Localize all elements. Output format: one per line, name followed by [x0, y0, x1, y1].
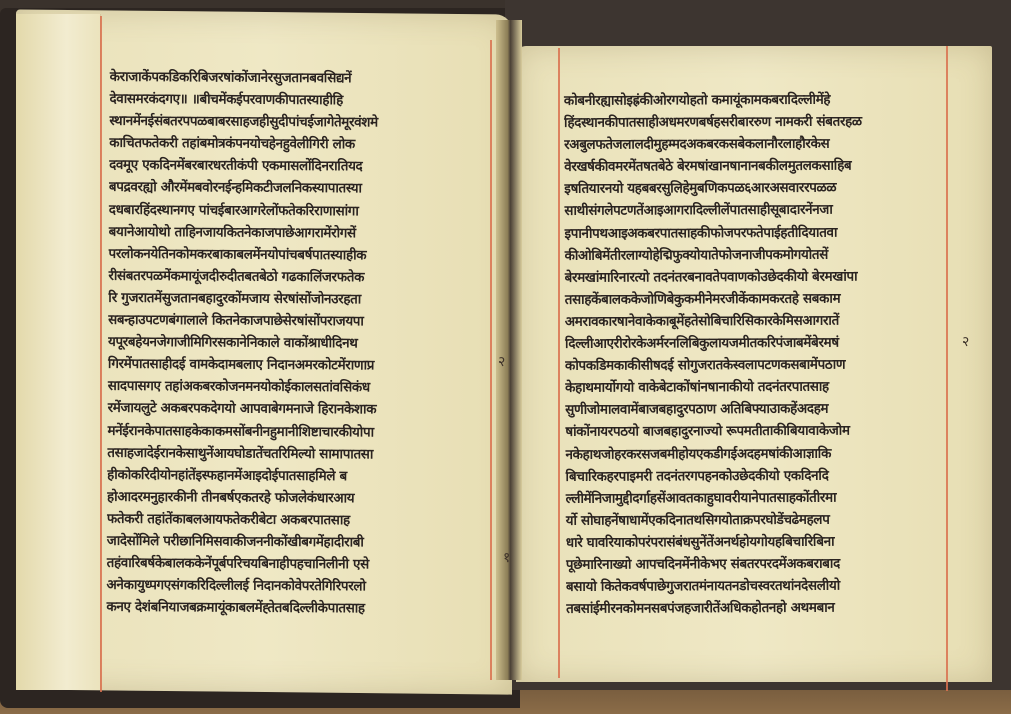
manuscript-line: साथीसंगलेपटणतेंआइआगरादिल्लीलेंपातसाहीसूब…	[564, 200, 942, 224]
manuscript-line: तसाहकेंबालककेजोणिबेकुकमीनेमरजीकेंकामकरतह…	[565, 288, 943, 312]
manuscript-line: तसाहजादेईरानकेसाथुनेंआयघोडातेंचतरिमिल्यो…	[107, 442, 487, 466]
manuscript-line: तबसांईमीरनकोमनसबपंजहजारीतेंअधिकहोतनहो अथ…	[566, 597, 944, 621]
manuscript-line: अनेकायुध्पगएसंगकरिदिल्लीलई निदानकोवेपरते…	[106, 575, 486, 599]
manuscript-line: देवासमरकंदगए॥ ॥बीचमेंकईपरवाणकीपातस्याहीह…	[109, 89, 489, 113]
manuscript-line: काचितफतेकरी तहांबमोत्रकंपनयोचहेनहुवेलीगि…	[109, 133, 489, 157]
manuscript-line: स्थानमेंनईसंबतरपपळबाबरसाहजहीसुदीपांचईजाग…	[109, 111, 489, 135]
manuscript-line: इपानीपथआइअकबरपातसाहकीफोजपरफतेपाईहतीदियात…	[564, 222, 942, 246]
manuscript-line: धारे घावरियाकोपरंपरासंबंधसुनेंतेंअनर्थहो…	[566, 531, 944, 555]
manuscript-line: होआदरमनुहारकीनी तीनबर्षएकतरहे फोजलेकंधार…	[107, 487, 487, 511]
left-page-inner-margin-rule	[100, 16, 102, 692]
book-gutter	[496, 20, 522, 680]
manuscript-line: अमरावकारषानेवाकेकाबूमेंहतेसोबिचारिसिकारक…	[565, 310, 943, 334]
left-page-text: केराजाकेंपकडिकरिबिजरषांकोंजानेरसुजतानबवस…	[106, 67, 489, 622]
manuscript-line: बयानेआयोथो ताहिनजायकितनेकाजपाछेआगरामेंरो…	[109, 221, 489, 245]
left-page-fold	[16, 14, 101, 690]
manuscript-line: सबन्हाउपटणबंगालाले कितनेकाजपाछेसेरषांसों…	[108, 310, 488, 334]
manuscript-line: पूछेमारिनाख्यो आपचदिनमेंनीकेभए संबतरपरदम…	[566, 553, 944, 577]
manuscript-line: सादपासगए तहांअकबरकोजनमनयोकोईकालसतांवसिकं…	[108, 376, 488, 400]
manuscript-line: हीकोकरिदीयोनहांतेंइस्फहानमेंआइदोईपातसाहम…	[107, 465, 487, 489]
manuscript-line: इषतियारनयो यहबबरसुलिहेमुबणिकपळ६आरअसवाररप…	[564, 178, 942, 202]
left-page-outer-margin-rule	[490, 40, 492, 680]
right-page-outer-margin-rule	[946, 46, 948, 691]
manuscript-line: वेरखर्षकीवमरमेंतषतबेठे बेरमषांखानषानानबक…	[564, 155, 942, 179]
manuscript-line: दिल्लीआएरीरोरकेअर्मरनलिबिकुलायजमीतकरिपंज…	[565, 332, 943, 356]
manuscript-line: फतेकरी तहांतेंकाबलआयफतेकरीबेटा अकबरपातसा…	[107, 509, 487, 533]
left-margin-number: १	[503, 548, 510, 567]
manuscript-line: कोबनीरह्यासोइह्रंकीओरगयोहतो कमायूंकामकबर…	[564, 89, 942, 113]
manuscript-line: बेरमखांमारिनारत्यो तदनंतरबनावतेपवाणकोउछे…	[565, 266, 943, 290]
manuscript-line: कीओबिमेंतीरलाग्योहेद्मिफुक्योयातेफोजनाजी…	[565, 244, 943, 268]
manuscript-line: सुणीजोमालवामेंबाजबहादुरपठाण अतिबिफ्याउाक…	[565, 398, 943, 422]
manuscript-line: हिंदस्थानकीपातसाहीअधमरणबर्षहसरीबाररुण ना…	[564, 111, 942, 135]
manuscript-line: गिरमेंपातसाहीदई वामकेदामबलाए निदानअमरकोट…	[108, 354, 488, 378]
right-page-text: कोबनीरह्यासोइह्रंकीओरगयोहतो कमायूंकामकबर…	[564, 89, 944, 621]
manuscript-line: षांकोंनायरपठयो बाजबहादुरनाज्यो रूपमतीताक…	[565, 421, 943, 445]
manuscript-line: नकेहाथजोहरकरसजबमीहोयएकडीगईअदहमषांकीआज्ञा…	[565, 443, 943, 467]
manuscript-line: बसायो कितेकवर्षपाछेगुजरातमंनायतनडोचस्वरत…	[566, 575, 944, 599]
right-page-inner-margin-rule	[558, 48, 560, 678]
manuscript-line: बपद्रवरह्यो औरमेंमबवोरनईन्हमिकटीजलनिकस्य…	[109, 177, 489, 201]
manuscript-line: रअबुलफतेजलालदीमुहम्मदअकबरकसबेकलानौरलाहौर…	[564, 133, 942, 157]
manuscript-line: केराजाकेंपकडिकरिबिजरषांकोंजानेरसुजतानबवस…	[110, 67, 490, 91]
manuscript-line: परलोकनयेतिनकोमकरबाकाबलमेंनयोपांचबर्षपातस…	[108, 244, 488, 268]
manuscript-line: यपूरबहेयनजेगाजीमिगिरसकानेनिकाले वाकोंश्र…	[108, 332, 488, 356]
manuscript-line: र्यो सोघाहनेंषाधामेंएकदिनातथसिगयोताक्रपर…	[566, 509, 944, 533]
manuscript-line: कनए देशंबनियाजबक्रमायूंकाबलमेंह्तेतबदिल्…	[106, 597, 486, 621]
manuscript-line: दधबारहिंदस्थानगए पांचईबारआगरेलोंफतेकरिरा…	[109, 199, 489, 223]
manuscript-line: ल्लीमेंनिजामुद्दीदर्गाहसेंआवतकाहुघावरीया…	[566, 487, 944, 511]
manuscript-line: मनेंईरानकेपातसाहकेकाकमसोंबनीनहुमानीशिष्ट…	[107, 420, 487, 444]
manuscript-line: जादेसोंमिले परीछानिमिसवाकीजननीकोंखीबगमें…	[107, 531, 487, 555]
manuscript-line: बिचारिकहरपाइमरी तदनंतरगपहनकोउछेदकीयो एकद…	[565, 465, 943, 489]
right-margin-number: २	[962, 332, 969, 351]
manuscript-line: रमेंजायलुटे अकबरपकदेगयो आपवाबेगमनाजे हिर…	[108, 398, 488, 422]
manuscript-line: कोपकडिमकाकीसीषदई सोगुजरातकेस्वलापटणकसबाम…	[565, 354, 943, 378]
manuscript-line: केहाथमार्योगयो वाकेबेटाकोंषांनषानाकीयो त…	[565, 376, 943, 400]
manuscript-line: तहंवारिबर्षकेबालककेनेंपूर्बपरिचयबिनाहीपह…	[107, 553, 487, 577]
left-margin-number: २	[498, 352, 505, 371]
manuscript-line: रीसंबतरपळमेंकमायूंजदीरुदीतबतबेठो गढकालिं…	[108, 266, 488, 290]
manuscript-line: दवमूए एकदिनमेंबरबारधरतीकंपी एकमासलोंदिनर…	[109, 155, 489, 179]
manuscript-line: रि गुजरातमेंसुजतानबहादुरकोंमजाय सेरषांसो…	[108, 288, 488, 312]
